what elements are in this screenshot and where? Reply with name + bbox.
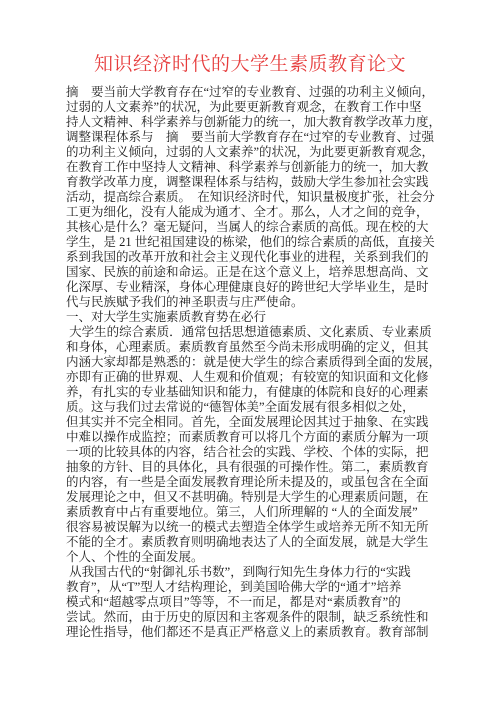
text-line: 养，有扎实的专业基础知识和能力，有健康的体院和良好的心理素 [66,385,440,400]
text-line: 持人文精神、科学素养与创新能力的统一，加大教育教学改革力度， [66,115,440,130]
text-line: 的内容，有一些是全面发展教育理论所未提及的，或虽包含在全面 [66,475,440,490]
text-line: 调整课程体系与 摘 要当前大学教育存在“过窄的专业教育、过强 [66,130,440,145]
text-line: 理论性指导，他们都还不是真正严格意义上的素质教育。教育部制 [66,625,440,640]
text-line: 抽象的方针、目的具体化，具有很强的可操作性。第二，素质教育 [66,460,440,475]
text-line: 在教育工作中坚持人文精神、科学素养与创新能力的统一，加大教 [66,160,440,175]
text-line: 个人、个性的全面发展。 [66,550,440,565]
text-line: 不能的全才。素质教育则明确地表达了人的全面发展，就是大学生 [66,535,440,550]
text-line: 模式和“超越零点项目”等等，不一而足，都是对“素质教育”的 [66,595,440,610]
text-line: 活动，提高综合素质。 在知识经济时代，知识量极度扩张，社会分 [66,190,440,205]
text-line: 但其实并不完全相同。首先，全面发展理论因其过于抽象、在实践 [66,415,440,430]
text-line: 尝试。然而，由于历史的原因和主客观条件的限制，缺乏系统性和 [66,610,440,625]
text-line: 代与民族赋予我们的神圣职责与庄严使命。 [66,295,440,310]
text-line: 很容易被误解为以统一的模式去塑造全体学生或培养无所不知无所 [66,520,440,535]
text-line: 教育”，从“T”型人才结构理论，到美国哈佛大学的“通才”培养 [66,580,440,595]
text-line: 中难以操作成监控；而素质教育可以将几个方面的素质分解为一项 [66,430,440,445]
document-title: 知识经济时代的大学生素质教育论文 [0,0,500,78]
text-line: 一、对大学生实施素质教育势在必行 [66,310,440,325]
text-line: 和身体，心理素质。素质教育虽然至今尚未形成明确的定义，但其 [66,340,440,355]
text-line: 摘 要当前大学教育存在“过窄的专业教育、过强的功利主义倾向， [66,85,440,100]
text-line: 工更为细化，没有人能成为通才、全才。那么，人才之间的竞争， [66,205,440,220]
text-line: 质。这与我们过去常说的“德智体美”全面发展有很多相似之处， [66,400,440,415]
text-line: 系到我国的改革开放和社会主义现代化事业的进程，关系到我们的 [66,250,440,265]
text-line: 发展理论之中，但又不甚明确。特别是大学生的心理素质问题，在 [66,490,440,505]
document-body: 摘 要当前大学教育存在“过窄的专业教育、过强的功利主义倾向，过弱的人文素养”的状… [0,85,500,640]
document-page: 知识经济时代的大学生素质教育论文 摘 要当前大学教育存在“过窄的专业教育、过强的… [0,0,500,707]
text-line: 内涵大家却都是熟悉的：就是使大学生的综合素质得到全面的发展， [66,355,440,370]
text-line: 化深厚、专业精深，身体心理健康良好的跨世纪大学毕业生，是时 [66,280,440,295]
text-line: 过弱的人文素养”的状况，为此要更新教育观念，在教育工作中坚 [66,100,440,115]
text-line: 国家、民族的前途和命运。正是在这个意义上，培养思想高尚、文 [66,265,440,280]
text-line: 育教学改革力度，调整课程体系与结构，鼓励大学生参加社会实践 [66,175,440,190]
text-line: 其核心是什么？毫无疑问，当属人的综合素质的高低。现在校的大 [66,220,440,235]
text-line: 的功利主义倾向，过弱的人文素养”的状况，为此要更新教育观念， [66,145,440,160]
text-line: 大学生的综合素质．通常包括思想道德素质、文化素质、专业素质 [66,325,440,340]
text-line: 一项的比较具体的内容，结合社会的实践、学校、个体的实际，把 [66,445,440,460]
text-line: 从我国古代的“射御礼乐书数”，到陶行知先生身体力行的“实践 [66,565,440,580]
text-line: 学生，是 21 世纪祖国建设的栋梁，他们的综合素质的高低，直接关 [66,235,440,250]
text-line: 素质教育中占有重要地位。第三，人们所理解的 “人的全面发展” [66,505,440,520]
text-line: 亦即有正确的世界观、人生观和价值观；有较宽的知识面和文化修 [66,370,440,385]
